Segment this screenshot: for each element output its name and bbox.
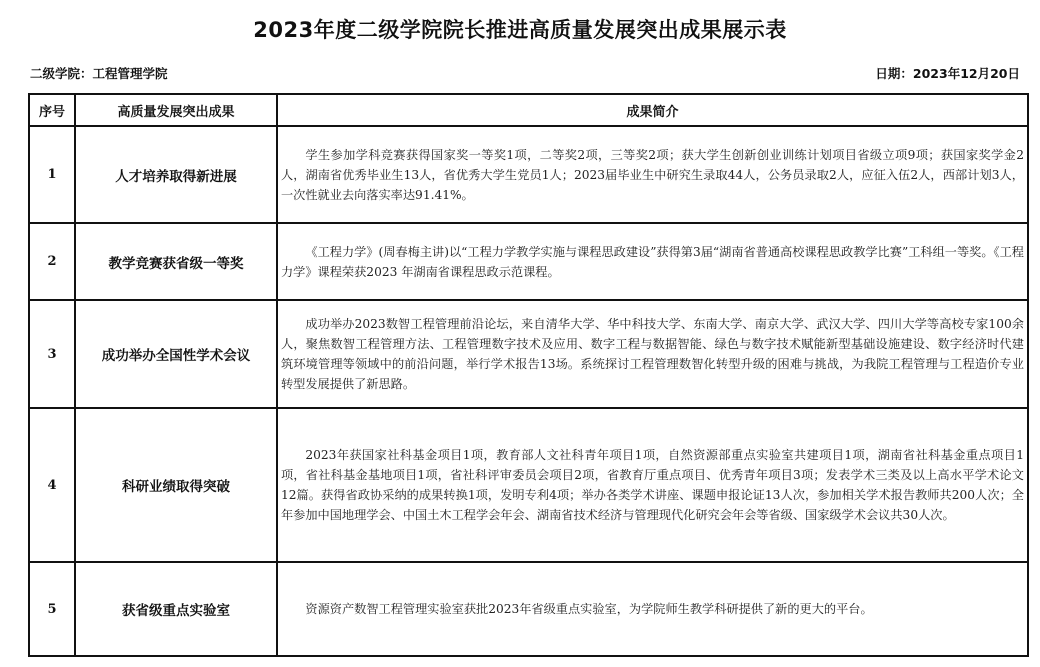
table-row: 1 人才培养取得新进展 学生参加学科竞赛获得国家奖一等奖1项，二等奖2项，三等奖… — [29, 126, 1028, 223]
table-header-row: 序号 高质量发展突出成果 成果简介 — [29, 94, 1028, 126]
row-summary-text: 成功举办2023数智工程管理前沿论坛，来自清华大学、华中科技大学、东南大学、南京… — [281, 314, 1024, 394]
row-achievement: 科研业绩取得突破 — [75, 408, 277, 562]
row-serial-no: 5 — [29, 562, 75, 656]
row-summary: 资源资产数智工程管理实验室获批2023年省级重点实验室，为学院师生教学科研提供了… — [277, 562, 1028, 656]
row-summary-text: 资源资产数智工程管理实验室获批2023年省级重点实验室，为学院师生教学科研提供了… — [281, 599, 1024, 619]
college-label: 二级学院：工程管理学院 — [30, 64, 168, 82]
table-row: 3 成功举办全国性学术会议 成功举办2023数智工程管理前沿论坛，来自清华大学、… — [29, 300, 1028, 408]
row-serial-no: 4 — [29, 408, 75, 562]
row-summary: 2023年获国家社科基金项目1项，教育部人文社科青年项目1项，自然资源部重点实验… — [277, 408, 1028, 562]
row-achievement: 成功举办全国性学术会议 — [75, 300, 277, 408]
page-title: 2023年度二级学院院长推进高质量发展突出成果展示表 — [0, 14, 1040, 44]
row-serial-no: 2 — [29, 223, 75, 300]
row-serial-no: 1 — [29, 126, 75, 223]
header-summary: 成果简介 — [277, 94, 1028, 126]
table-row: 2 教学竞赛获省级一等奖 《工程力学》(周春梅主讲)以“工程力学教学实施与课程思… — [29, 223, 1028, 300]
achievements-table: 序号 高质量发展突出成果 成果简介 1 人才培养取得新进展 学生参加学科竞赛获得… — [28, 93, 1029, 657]
row-summary: 学生参加学科竞赛获得国家奖一等奖1项，二等奖2项，三等奖2项；获大学生创新创业训… — [277, 126, 1028, 223]
table-row: 4 科研业绩取得突破 2023年获国家社科基金项目1项，教育部人文社科青年项目1… — [29, 408, 1028, 562]
row-serial-no: 3 — [29, 300, 75, 408]
table-row: 5 获省级重点实验室 资源资产数智工程管理实验室获批2023年省级重点实验室，为… — [29, 562, 1028, 656]
row-achievement: 人才培养取得新进展 — [75, 126, 277, 223]
row-summary: 《工程力学》(周春梅主讲)以“工程力学教学实施与课程思政建设”获得第3届“湖南省… — [277, 223, 1028, 300]
row-achievement: 教学竞赛获省级一等奖 — [75, 223, 277, 300]
date-label: 日期：2023年12月20日 — [875, 64, 1020, 82]
row-achievement: 获省级重点实验室 — [75, 562, 277, 656]
header-serial-no: 序号 — [29, 94, 75, 126]
row-summary-text: 《工程力学》(周春梅主讲)以“工程力学教学实施与课程思政建设”获得第3届“湖南省… — [281, 242, 1024, 282]
row-summary-text: 学生参加学科竞赛获得国家奖一等奖1项，二等奖2项，三等奖2项；获大学生创新创业训… — [281, 145, 1024, 205]
header-achievement: 高质量发展突出成果 — [75, 94, 277, 126]
row-summary: 成功举办2023数智工程管理前沿论坛，来自清华大学、华中科技大学、东南大学、南京… — [277, 300, 1028, 408]
row-summary-text: 2023年获国家社科基金项目1项，教育部人文社科青年项目1项，自然资源部重点实验… — [281, 445, 1024, 525]
